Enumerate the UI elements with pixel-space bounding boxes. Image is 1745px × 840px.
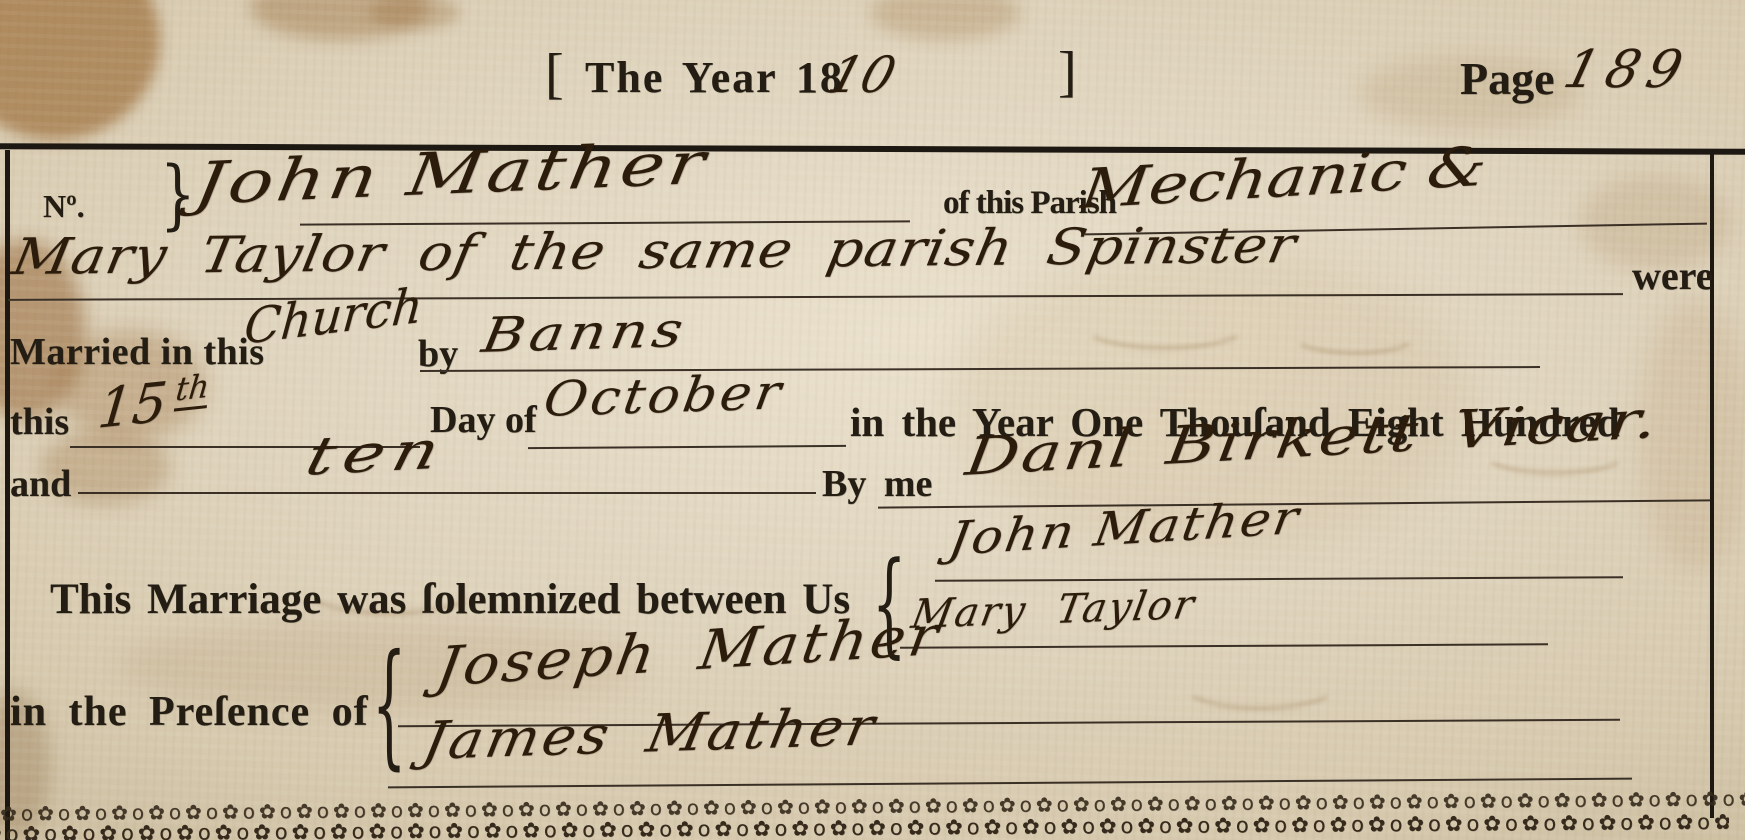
day-number: 15 bbox=[95, 370, 170, 441]
witness2-signature: James Mather bbox=[418, 697, 882, 772]
rule-groom-signature bbox=[935, 576, 1623, 582]
bleed-through-mark bbox=[1180, 660, 1340, 710]
were-label: were bbox=[1632, 252, 1713, 299]
day-ordinal-suffix: th bbox=[174, 366, 212, 411]
bride-line-handwritten: Mary Taylor of the same parish Spinster bbox=[8, 216, 1301, 286]
year-bracket-open: [ bbox=[545, 42, 564, 106]
month-handwritten: October bbox=[540, 364, 788, 428]
bride-signature: Mary Taylor bbox=[908, 582, 1199, 638]
row1-brace: } bbox=[160, 158, 196, 234]
stain bbox=[250, 0, 430, 40]
rule-bride-signature bbox=[900, 643, 1548, 648]
no-label: Nº. bbox=[43, 188, 85, 225]
method-handwritten: Banns bbox=[478, 302, 692, 364]
rule-witness2 bbox=[388, 778, 1632, 789]
stain bbox=[870, 0, 1020, 40]
married-in-label: Married in this bbox=[10, 330, 264, 374]
groom-name-handwritten: John Mather bbox=[190, 128, 713, 218]
day-number-handwritten: 15th bbox=[95, 365, 211, 441]
presence-brace: { bbox=[372, 638, 406, 773]
year-bracket-close: ] bbox=[1058, 40, 1077, 104]
this-label: this bbox=[10, 400, 69, 444]
year-word-handwritten: ten bbox=[300, 420, 453, 488]
venue-handwritten: Church bbox=[242, 277, 425, 356]
stain bbox=[0, 0, 160, 140]
bleed-through-mark bbox=[1290, 315, 1420, 355]
and-label: and bbox=[10, 462, 71, 506]
register-page: [ The Year 18 10 ] Page 189 Nº. } John M… bbox=[0, 0, 1745, 840]
rule-year-word bbox=[78, 492, 816, 494]
stain bbox=[370, 0, 460, 30]
by-me-label: By me bbox=[822, 462, 932, 506]
year-label: The Year 18 bbox=[585, 52, 844, 103]
box-right-border bbox=[1710, 150, 1714, 818]
presence-label: in the Preſence of bbox=[10, 688, 369, 736]
bleed-through-mark bbox=[1080, 300, 1250, 350]
page-number-handwritten: 189 bbox=[1558, 40, 1696, 100]
rule-month bbox=[528, 445, 846, 449]
page-label: Page bbox=[1460, 52, 1555, 105]
groom-signature: John Mather bbox=[945, 489, 1304, 566]
